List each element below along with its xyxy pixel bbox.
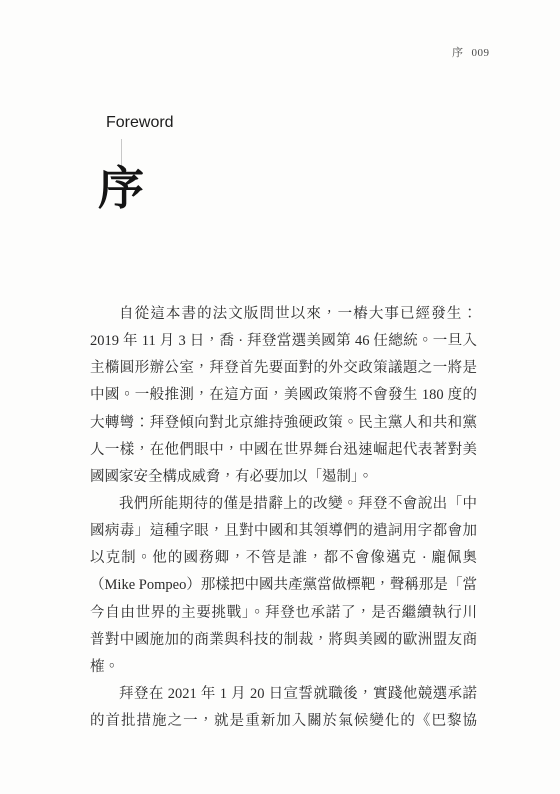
text-line: 大轉彎：拜登傾向對北京維持強硬政策。民主黨人和共和黨 (90, 410, 477, 437)
text-line: 以克制。他的國務卿，不管是誰，都不會像邁克 · 龐佩奧 (90, 545, 477, 572)
body-text: 自從這本書的法文版問世以來，一樁大事已經發生：2019 年 11 月 3 日，喬… (90, 301, 477, 735)
running-header-section-label: 序 (452, 44, 464, 60)
foreword-label: Foreword (106, 114, 174, 132)
text-line: 的首批措施之一，就是重新加入關於氣候變化的《巴黎協 (90, 708, 477, 735)
text-line: 國病毒」這種字眼，且對中國和其領導們的遣詞用字都會加 (90, 518, 477, 545)
text-line: 今自由世界的主要挑戰」。拜登也承諾了，是否繼續執行川 (90, 600, 477, 627)
text-line: 主橢圓形辦公室，拜登首先要面對的外交政策議題之一將是 (90, 355, 477, 382)
running-header: 序 009 (452, 44, 490, 60)
text-line: 我們所能期待的僅是措辭上的改變。拜登不會說出「中 (90, 491, 477, 518)
text-line: 普對中國施加的商業與科技的制裁，將與美國的歐洲盟友商 (90, 627, 477, 654)
text-line: 拜登在 2021 年 1 月 20 日宣誓就職後，實踐他競選承諾 (90, 681, 477, 708)
text-line: （Mike Pompeo）那樣把中國共產黨當做標靶，聲稱那是「當 (90, 572, 477, 599)
text-line: 國國家安全構成威脅，有必要加以「遏制」。 (90, 464, 477, 491)
running-header-page-number: 009 (472, 47, 490, 59)
book-page: 序 009 Foreword 序 自從這本書的法文版問世以來，一樁大事已經發生：… (0, 0, 560, 794)
text-line: 自從這本書的法文版問世以來，一樁大事已經發生： (90, 301, 477, 328)
chapter-title: 序 (98, 166, 144, 212)
text-line: 中國。一般推測，在這方面，美國政策將不會發生 180 度的 (90, 382, 477, 409)
text-line: 人一樣，在他們眼中，中國在世界舞台迅速崛起代表著對美 (90, 437, 477, 464)
text-line: 2019 年 11 月 3 日，喬 · 拜登當選美國第 46 任總統。一旦入 (90, 328, 477, 355)
text-line: 榷。 (90, 654, 477, 681)
